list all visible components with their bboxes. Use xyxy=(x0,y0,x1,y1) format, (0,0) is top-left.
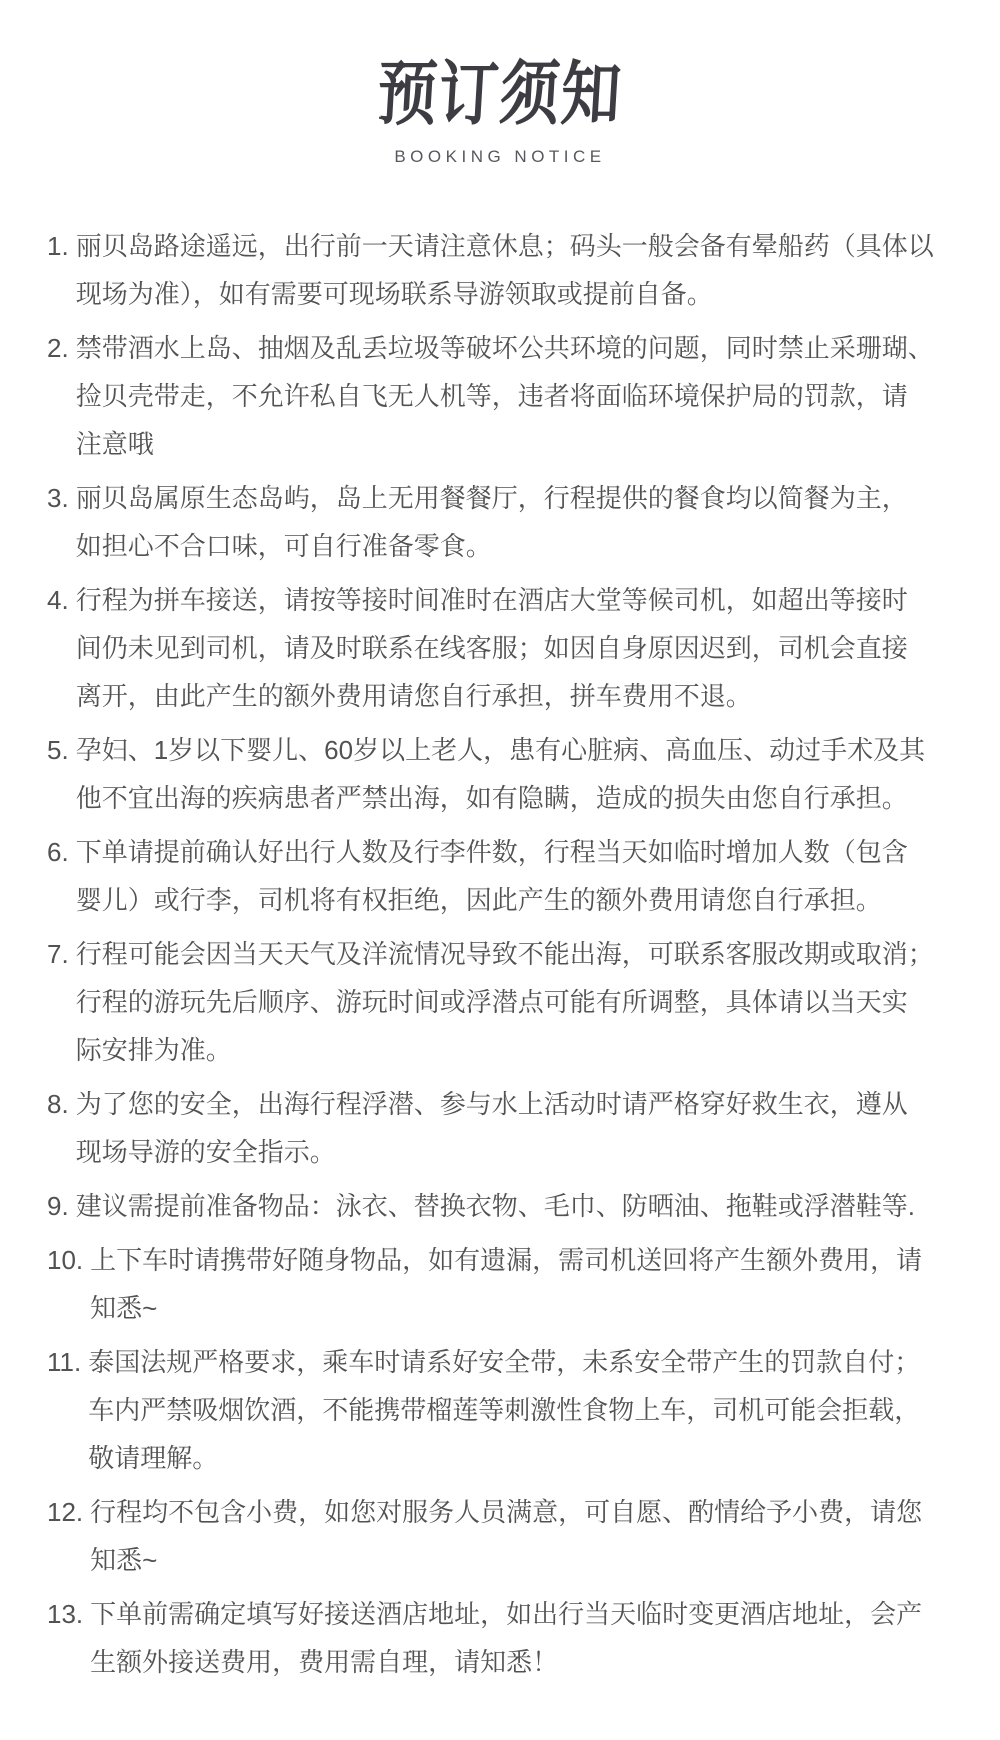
notice-line: 离开，由此产生的额外费用请您自行承担，拼车费用不退。 xyxy=(76,672,960,720)
notice-line: 建议需提前准备物品：泳衣、替换衣物、毛巾、防晒油、拖鞋或浮潜鞋等. xyxy=(76,1182,960,1230)
notice-line: 生额外接送费用，费用需自理，请知悉！ xyxy=(90,1638,960,1686)
notice-text: 泰国法规严格要求，乘车时请系好安全带，未系安全带产生的罚款自付；车内严禁吸烟饮酒… xyxy=(88,1338,960,1482)
notice-line: 行程可能会因当天天气及洋流情况导致不能出海，可联系客服改期或取消； xyxy=(76,930,960,978)
notice-number: 2. xyxy=(47,324,69,372)
notice-text: 行程为拼车接送，请按等接时间准时在酒店大堂等候司机，如超出等接时间仍未见到司机，… xyxy=(76,576,960,720)
notice-line: 知悉~ xyxy=(90,1536,960,1584)
notice-line: 泰国法规严格要求，乘车时请系好安全带，未系安全带产生的罚款自付； xyxy=(88,1338,960,1386)
notice-line: 际安排为准。 xyxy=(76,1026,960,1074)
notice-number: 12. xyxy=(47,1488,83,1536)
notice-text: 上下车时请携带好随身物品，如有遗漏，需司机送回将产生额外费用，请知悉~ xyxy=(90,1236,960,1332)
notice-line: 车内严禁吸烟饮酒，不能携带榴莲等刺激性食物上车，司机可能会拒载， xyxy=(88,1386,960,1434)
notice-item: 3.丽贝岛属原生态岛屿，岛上无用餐餐厅，行程提供的餐食均以简餐为主，如担心不合口… xyxy=(47,474,960,570)
notice-line: 婴儿）或行李，司机将有权拒绝，因此产生的额外费用请您自行承担。 xyxy=(76,876,960,924)
notice-line: 捡贝壳带走，不允许私自飞无人机等，违者将面临环境保护局的罚款，请 xyxy=(76,372,960,420)
notice-line: 行程均不包含小费，如您对服务人员满意，可自愿、酌情给予小费，请您 xyxy=(90,1488,960,1536)
notice-line: 行程为拼车接送，请按等接时间准时在酒店大堂等候司机，如超出等接时 xyxy=(76,576,960,624)
notice-line: 下单前需确定填写好接送酒店地址，如出行当天临时变更酒店地址，会产 xyxy=(90,1590,960,1638)
notice-line: 间仍未见到司机，请及时联系在线客服；如因自身原因迟到，司机会直接 xyxy=(76,624,960,672)
notice-number: 11. xyxy=(47,1338,81,1386)
notice-number: 8. xyxy=(47,1080,69,1128)
notice-line: 行程的游玩先后顺序、游玩时间或浮潜点可能有所调整，具体请以当天实 xyxy=(76,978,960,1026)
notice-text: 为了您的安全，出海行程浮潜、参与水上活动时请严格穿好救生衣，遵从现场导游的安全指… xyxy=(76,1080,960,1176)
notice-line: 下单请提前确认好出行人数及行李件数，行程当天如临时增加人数（包含 xyxy=(76,828,960,876)
notice-text: 下单前需确定填写好接送酒店地址，如出行当天临时变更酒店地址，会产生额外接送费用，… xyxy=(90,1590,960,1686)
notice-number: 7. xyxy=(47,930,69,978)
notice-number: 4. xyxy=(47,576,69,624)
notice-line: 他不宜出海的疾病患者严禁出海，如有隐瞒，造成的损失由您自行承担。 xyxy=(76,774,960,822)
notice-item: 8.为了您的安全，出海行程浮潜、参与水上活动时请严格穿好救生衣，遵从现场导游的安… xyxy=(47,1080,960,1176)
page-header: 预订须知 BOOKING NOTICE xyxy=(0,0,1000,168)
notice-item: 13.下单前需确定填写好接送酒店地址，如出行当天临时变更酒店地址，会产生额外接送… xyxy=(47,1590,960,1686)
notice-line: 丽贝岛属原生态岛屿，岛上无用餐餐厅，行程提供的餐食均以简餐为主， xyxy=(76,474,960,522)
notice-line: 如担心不合口味，可自行准备零食。 xyxy=(76,522,960,570)
notice-item: 2.禁带酒水上岛、抽烟及乱丢垃圾等破坏公共环境的问题，同时禁止采珊瑚、捡贝壳带走… xyxy=(47,324,960,468)
notice-item: 7.行程可能会因当天天气及洋流情况导致不能出海，可联系客服改期或取消；行程的游玩… xyxy=(47,930,960,1074)
notice-line: 知悉~ xyxy=(90,1284,960,1332)
notice-number: 10. xyxy=(47,1236,83,1284)
notice-number: 13. xyxy=(47,1590,83,1638)
notice-line: 禁带酒水上岛、抽烟及乱丢垃圾等破坏公共环境的问题，同时禁止采珊瑚、 xyxy=(76,324,960,372)
notice-number: 6. xyxy=(47,828,69,876)
notice-text: 行程可能会因当天天气及洋流情况导致不能出海，可联系客服改期或取消；行程的游玩先后… xyxy=(76,930,960,1074)
notice-line: 敬请理解。 xyxy=(88,1434,960,1482)
notice-line: 丽贝岛路途遥远，出行前一天请注意休息；码头一般会备有晕船药（具体以 xyxy=(76,222,960,270)
notice-item: 9.建议需提前准备物品：泳衣、替换衣物、毛巾、防晒油、拖鞋或浮潜鞋等. xyxy=(47,1182,960,1230)
notice-item: 10.上下车时请携带好随身物品，如有遗漏，需司机送回将产生额外费用，请知悉~ xyxy=(47,1236,960,1332)
notice-item: 11.泰国法规严格要求，乘车时请系好安全带，未系安全带产生的罚款自付；车内严禁吸… xyxy=(47,1338,960,1482)
notice-line: 注意哦 xyxy=(76,420,960,468)
notice-line: 为了您的安全，出海行程浮潜、参与水上活动时请严格穿好救生衣，遵从 xyxy=(76,1080,960,1128)
notice-text: 丽贝岛属原生态岛屿，岛上无用餐餐厅，行程提供的餐食均以简餐为主，如担心不合口味，… xyxy=(76,474,960,570)
page-title: 预订须知 xyxy=(375,54,625,134)
notice-item: 1.丽贝岛路途遥远，出行前一天请注意休息；码头一般会备有晕船药（具体以现场为准）… xyxy=(47,222,960,318)
notice-number: 1. xyxy=(47,222,69,270)
notice-line: 上下车时请携带好随身物品，如有遗漏，需司机送回将产生额外费用，请 xyxy=(90,1236,960,1284)
booking-notice-page: 预订须知 BOOKING NOTICE 1.丽贝岛路途遥远，出行前一天请注意休息… xyxy=(0,0,1000,1740)
notice-line: 现场为准），如有需要可现场联系导游领取或提前自备。 xyxy=(76,270,960,318)
notice-text: 禁带酒水上岛、抽烟及乱丢垃圾等破坏公共环境的问题，同时禁止采珊瑚、捡贝壳带走，不… xyxy=(76,324,960,468)
notice-line: 孕妇、1岁以下婴儿、60岁以上老人，患有心脏病、高血压、动过手术及其 xyxy=(76,726,960,774)
notice-item: 12.行程均不包含小费，如您对服务人员满意，可自愿、酌情给予小费，请您知悉~ xyxy=(47,1488,960,1584)
notice-number: 3. xyxy=(47,474,69,522)
notice-text: 行程均不包含小费，如您对服务人员满意，可自愿、酌情给予小费，请您知悉~ xyxy=(90,1488,960,1584)
notice-item: 4.行程为拼车接送，请按等接时间准时在酒店大堂等候司机，如超出等接时间仍未见到司… xyxy=(47,576,960,720)
notice-item: 5.孕妇、1岁以下婴儿、60岁以上老人，患有心脏病、高血压、动过手术及其他不宜出… xyxy=(47,726,960,822)
notice-number: 5. xyxy=(47,726,69,774)
page-subtitle: BOOKING NOTICE xyxy=(0,146,1000,168)
notice-text: 建议需提前准备物品：泳衣、替换衣物、毛巾、防晒油、拖鞋或浮潜鞋等. xyxy=(76,1182,960,1230)
notice-number: 9. xyxy=(47,1182,69,1230)
notice-list: 1.丽贝岛路途遥远，出行前一天请注意休息；码头一般会备有晕船药（具体以现场为准）… xyxy=(0,222,1000,1686)
notice-text: 丽贝岛路途遥远，出行前一天请注意休息；码头一般会备有晕船药（具体以现场为准），如… xyxy=(76,222,960,318)
notice-line: 现场导游的安全指示。 xyxy=(76,1128,960,1176)
notice-text: 孕妇、1岁以下婴儿、60岁以上老人，患有心脏病、高血压、动过手术及其他不宜出海的… xyxy=(76,726,960,822)
notice-item: 6.下单请提前确认好出行人数及行李件数，行程当天如临时增加人数（包含婴儿）或行李… xyxy=(47,828,960,924)
notice-text: 下单请提前确认好出行人数及行李件数，行程当天如临时增加人数（包含婴儿）或行李，司… xyxy=(76,828,960,924)
